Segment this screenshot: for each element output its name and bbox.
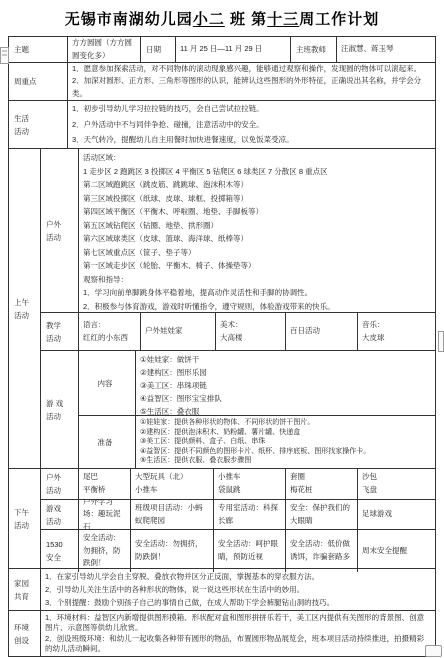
right-margin-widget — [438, 331, 444, 352]
title-week-underlined: 十三 — [267, 11, 299, 28]
title-class-underlined: 小二 — [193, 11, 225, 28]
safety-friday: 周末安全提醒 — [358, 530, 435, 572]
afternoon-games-row: 游戏 活动 户外学习场：趣玩泥石 班级项目活动：小蚂蚁爬爬园 专用室活动：科探长… — [41, 500, 435, 530]
header-row: 主题 方方圆圆（方方圆圆变化多） 日期 11 月 25 日—11 月 29 日 … — [9, 37, 435, 63]
games-prep-row: 准备 ①娃娃家：提供各种形状的物体、不同形状的饼干图片。 ②建构区：提供泡沫积木… — [79, 416, 435, 468]
weekly-focus-row: 周重点 1．愿意参加探索活动，对不同物体的滚动现象感兴趣，能够通过观察和操作，发… — [9, 63, 435, 101]
title-part-3: 周工作计划 — [299, 11, 379, 28]
afternoon-games-wednesday: 专用室活动：科探长廊 — [214, 500, 286, 529]
afternoon-group-label: 下午 活动 — [9, 469, 41, 568]
title-part-1: 无锡市南湖幼儿园 — [65, 11, 193, 28]
afternoon-games-monday: 户外学习场：趣玩泥石 — [79, 500, 131, 529]
life-activities-content: 1．初步引导幼儿学习拉拉链的技巧，会自己尝试拉拉链。 2．户外活动中不与同伴争抢… — [68, 101, 435, 148]
weekly-focus-label: 周重点 — [9, 63, 68, 100]
morning-games-body: 内容 ①娃娃家：做饼干 ②建构区：图形乐园 ③美工区：串珠项链 ④益智区：图形宝… — [79, 351, 435, 468]
left-margin-widget-line — [2, 50, 7, 52]
afternoon-group-row: 下午 活动 户外 活动 尾巴 平衡桥 大型玩具（北） 小推车 小推车 袋鼠跳 套… — [9, 469, 435, 569]
left-margin-widget-line2 — [2, 54, 7, 56]
morning-teaching-label: 教学 活动 — [41, 313, 79, 350]
home-coop-content: 1．在家引导幼儿学会自主穿脱、叠放衣物并区分正反面，掌握基本的穿衣服方法。 2．… — [41, 569, 435, 610]
games-prep-cell: ①娃娃家：提供各种形状的物体、不同形状的饼干图片。 ②建构区：提供泡沫积木、奶粉… — [136, 416, 435, 468]
safety-row: 1530 安全 安全活动：勿拥挤，防跌倒！ 安全活动：勿拥挤，防跌倒！ 安全活动… — [41, 530, 435, 572]
home-coop-label: 家园 共育 — [9, 569, 41, 610]
afternoon-outdoor-tuesday: 大型玩具（北） 小推车 — [131, 469, 214, 499]
environment-label: 环境 创设 — [9, 611, 41, 656]
weekly-focus-content: 1．愿意参加探索活动，对不同物体的滚动现象感兴趣，能够通过观察和操作，发现圆的物… — [68, 63, 435, 100]
life-activities-row: 生活 活动 1．初步引导幼儿学习拉拉链的技巧，会自己尝试拉拉链。 2．户外活动中… — [9, 101, 435, 149]
morning-group-row: 上午 活动 户外 活动 活动区域： 1 走步区 2 跑跳区 3 投掷区 4 平衡… — [9, 149, 435, 469]
afternoon-outdoor-thursday: 套圈 梅花桩 — [286, 469, 358, 499]
teaching-tuesday-cell: 户外娃娃家 — [141, 313, 216, 350]
afternoon-outdoor-friday: 沙包 飞盘 — [358, 469, 435, 499]
theme-value: 方方圆圆（方方圆圆变化多） — [68, 37, 141, 62]
afternoon-games-friday: 足球游戏 — [358, 500, 435, 529]
teacher-label: 主班教师 — [291, 37, 337, 62]
afternoon-games-label: 游戏 活动 — [41, 500, 79, 529]
afternoon-outdoor-row: 户外 活动 尾巴 平衡桥 大型玩具（北） 小推车 小推车 袋鼠跳 套圈 梅花桩 … — [41, 469, 435, 500]
morning-teaching-row: 教学 活动 语言： 红红的小东西 户外娃娃家 美术： 大高楼 百日活动 音乐： … — [41, 313, 435, 351]
teaching-friday-cell: 音乐： 大皮球 — [358, 313, 435, 350]
safety-tuesday: 安全活动：勿拥挤，防跌倒！ — [131, 530, 214, 572]
safety-wednesday: 安全活动：呵护眼睛，预防近视 — [214, 530, 286, 572]
bottom-right-widget — [425, 645, 442, 657]
safety-thursday: 安全活动：低价做诱饵，诈骗套路多 — [286, 530, 358, 572]
morning-outdoor-row: 户外 活动 活动区域： 1 走步区 2 跑跳区 3 投掷区 4 平衡区 5 钻爬… — [41, 149, 435, 313]
games-content-row: 内容 ①娃娃家：做饼干 ②建构区：图形乐园 ③美工区：串珠项链 ④益智区：图形宝… — [79, 351, 435, 416]
afternoon-outdoor-label: 户外 活动 — [41, 469, 79, 499]
page-title: 无锡市南湖幼儿园小二 班 第十三周工作计划 — [0, 8, 444, 29]
theme-label: 主题 — [9, 37, 68, 62]
morning-games-label: 游 戏 活动 — [41, 351, 79, 468]
teaching-monday-cell: 语言： 红红的小东西 — [79, 313, 141, 350]
afternoon-group-body: 户外 活动 尾巴 平衡桥 大型玩具（北） 小推车 小推车 袋鼠跳 套圈 梅花桩 … — [41, 469, 435, 568]
morning-outdoor-content: 活动区域： 1 走步区 2 跑跳区 3 投掷区 4 平衡区 5 钻爬区 6 球类… — [79, 149, 435, 312]
environment-content: 1．环境材料：益智区内新增提供图形摸箱、形状配对盒和图形拼拼乐若干，美工区内提供… — [41, 611, 435, 656]
life-activities-label: 生活 活动 — [9, 101, 68, 148]
games-prep-label: 准备 — [79, 416, 136, 468]
afternoon-games-tuesday: 班级项目活动：小蚂蚁爬爬园 — [131, 500, 214, 529]
afternoon-outdoor-monday: 尾巴 平衡桥 — [79, 469, 131, 499]
teaching-wednesday-cell: 美术： 大高楼 — [216, 313, 286, 350]
safety-row-label: 1530 安全 — [41, 530, 79, 572]
weekly-plan-table: 主题 方方圆圆（方方圆圆变化多） 日期 11 月 25 日—11 月 29 日 … — [8, 36, 436, 657]
games-content-cell: ①娃娃家：做饼干 ②建构区：图形乐园 ③美工区：串珠项链 ④益智区：图形宝宝排队… — [136, 351, 435, 415]
date-value: 11 月 25 日—11 月 29 日 — [176, 37, 291, 62]
morning-games-row: 游 戏 活动 内容 ①娃娃家：做饼干 ②建构区：图形乐园 ③美工区：串珠项链 ④… — [41, 351, 435, 468]
environment-row: 环境 创设 1．环境材料：益智区内新增提供图形摸箱、形状配对盒和图形拼拼乐若干，… — [9, 611, 435, 656]
teaching-thursday-cell: 百日活动 — [286, 313, 358, 350]
date-label: 日期 — [141, 37, 176, 62]
morning-outdoor-label: 户外 活动 — [41, 149, 79, 312]
afternoon-outdoor-wednesday: 小推车 袋鼠跳 — [214, 469, 286, 499]
teacher-value: 汪淑慧、蒋玉琴 — [337, 37, 435, 62]
afternoon-games-thursday: 安全：保护我们的大眼睛 — [286, 500, 358, 529]
home-coop-row: 家园 共育 1．在家引导幼儿学会自主穿脱、叠放衣物并区分正反面，掌握基本的穿衣服… — [9, 569, 435, 611]
title-part-2: 班 第 — [225, 11, 267, 28]
morning-group-label: 上午 活动 — [9, 149, 41, 468]
safety-monday: 安全活动：勿拥挤，防跌倒！ — [79, 530, 131, 572]
left-margin-widget — [0, 47, 9, 64]
morning-group-body: 户外 活动 活动区域： 1 走步区 2 跑跳区 3 投掷区 4 平衡区 5 钻爬… — [41, 149, 435, 468]
games-content-label: 内容 — [79, 351, 136, 415]
